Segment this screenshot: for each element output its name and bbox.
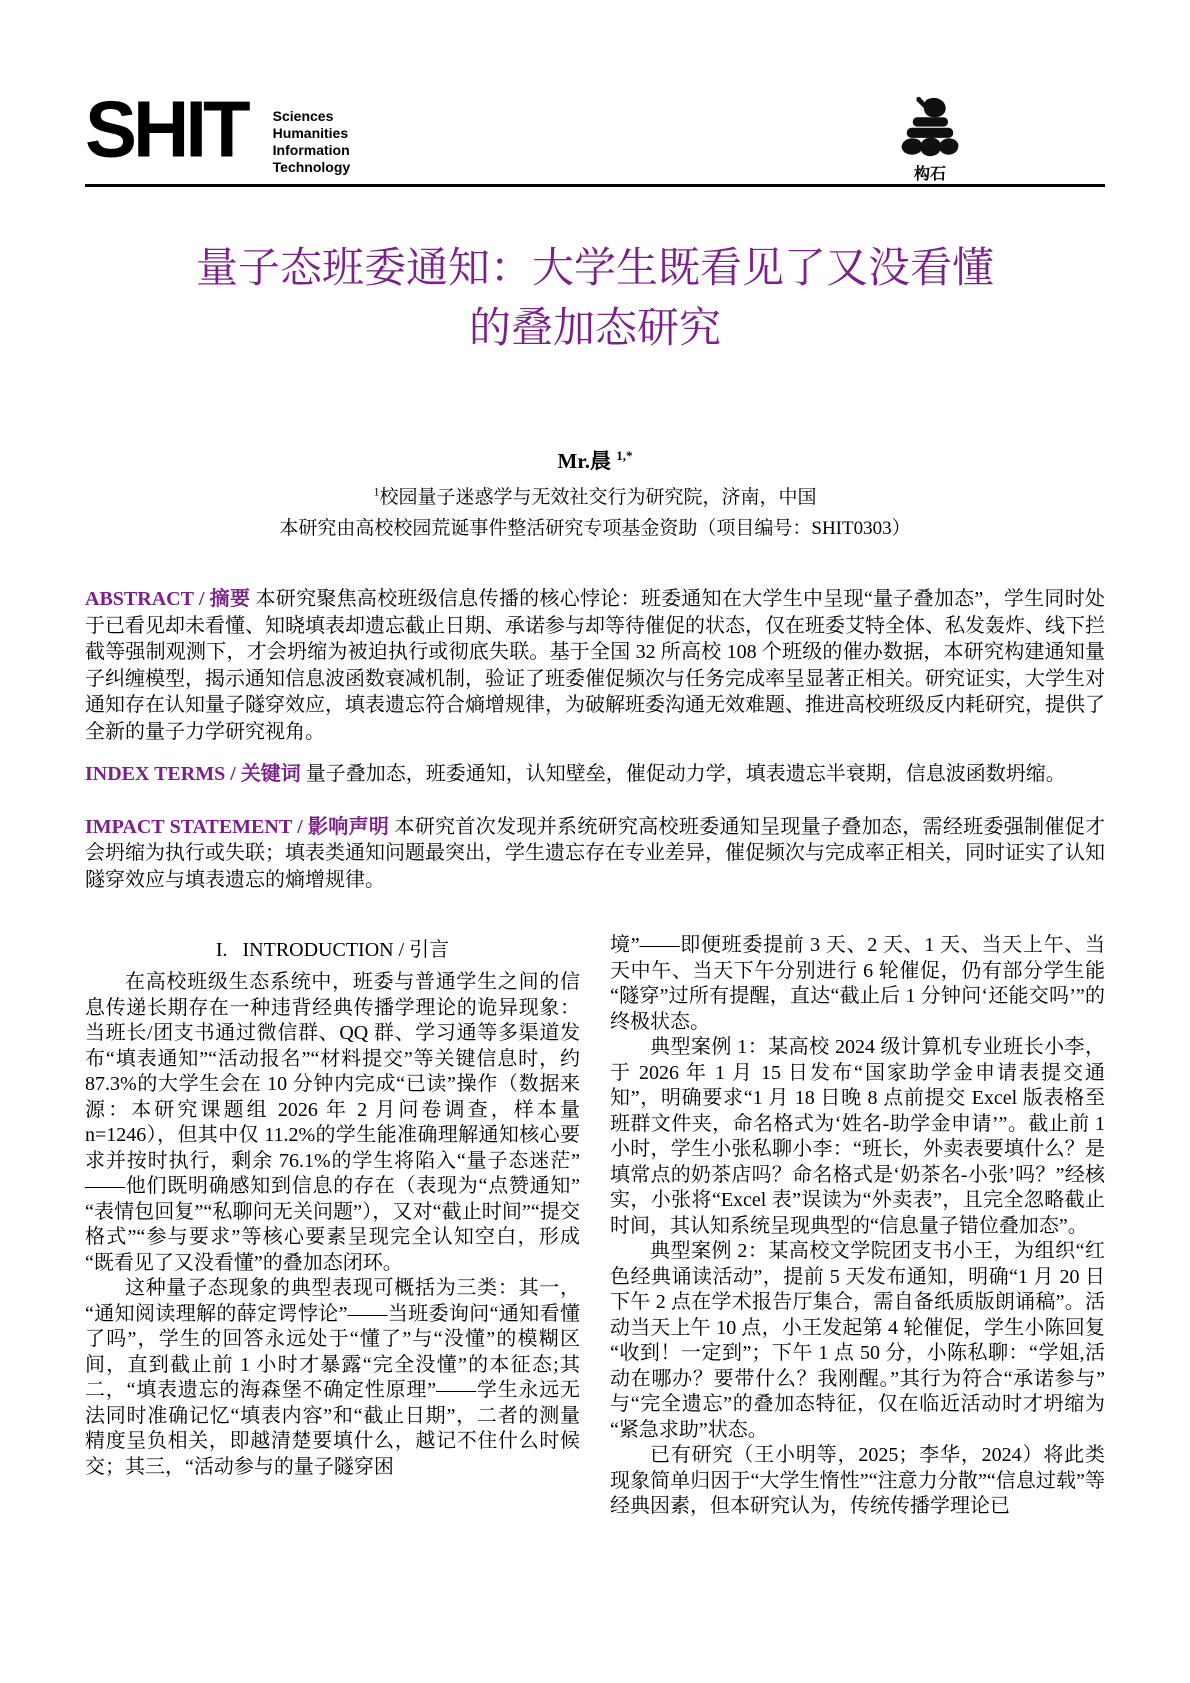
body-paragraph: 已有研究（王小明等，2025；李华，2024）将此类现象简单归因于“大学生惰性”… xyxy=(610,1443,1105,1520)
rock-pile-icon xyxy=(892,94,968,160)
body-paragraph: 典型案例 1：某高校 2024 级计算机专业班长小李，于 2026 年 1 月 … xyxy=(610,1035,1105,1239)
journal-header: SHIT Sciences Humanities Information Tec… xyxy=(0,0,1190,184)
journal-logo-subtitle: Sciences Humanities Information Technolo… xyxy=(273,108,351,176)
paper-title: 量子态班委通知：大学生既看见了又没看懂 的叠加态研究 xyxy=(115,239,1075,359)
right-column: 境”——即便班委提前 3 天、2 天、1 天、当天上午、当天中午、当天下午分别进… xyxy=(610,933,1105,1520)
author-name: Mr.晨 xyxy=(558,449,611,473)
affiliation-text: 校园量子迷惑学与无效社交行为研究院，济南，中国 xyxy=(379,487,816,508)
logo-subtitle-line: Sciences xyxy=(273,108,351,125)
abstract-text: 本研究聚焦高校班级信息传播的核心悖论：班委通知在大学生中呈现“量子叠加态”，学生… xyxy=(85,588,1105,743)
paper-title-line-2: 的叠加态研究 xyxy=(115,299,1075,359)
journal-logo: SHIT xyxy=(85,92,247,165)
journal-logo-block: SHIT Sciences Humanities Information Tec… xyxy=(85,92,350,176)
abstract-label: ABSTRACT / 摘要 xyxy=(85,588,250,610)
index-terms-label: INDEX TERMS / 关键词 xyxy=(85,763,301,785)
paper-title-line-1: 量子态班委通知：大学生既看见了又没看懂 xyxy=(115,239,1075,299)
header-divider xyxy=(85,184,1105,187)
index-terms-paragraph: INDEX TERMS / 关键词 量子叠加态，班委通知，认知壁垒，催促动力学，… xyxy=(85,761,1105,788)
funding-line: 本研究由高校校园荒诞事件整活研究专项基金资助（项目编号：SHIT0303） xyxy=(85,513,1105,540)
body-columns: I. INTRODUCTION / 引言 在高校班级生态系统中，班委与普通学生之… xyxy=(85,933,1105,1520)
index-terms-text: 量子叠加态，班委通知，认知壁垒，催促动力学，填表遗忘半衰期，信息波函数坍缩。 xyxy=(306,763,1066,785)
author-line: Mr.晨 1,* xyxy=(85,445,1105,475)
affiliation-line: 1校园量子迷惑学与无效社交行为研究院，济南，中国 xyxy=(85,482,1105,509)
body-paragraph: 在高校班级生态系统中，班委与普通学生之间的信息传递长期存在一种违背经典传播学理论… xyxy=(85,970,580,1276)
body-paragraph: 这种量子态现象的典型表现可概括为三类：其一，“通知阅读理解的薛定谔悖论”——当班… xyxy=(85,1276,580,1480)
section-heading-introduction: I. INTRODUCTION / 引言 xyxy=(85,933,580,962)
publisher-badge: 构石 xyxy=(855,94,1005,184)
logo-subtitle-line: Technology xyxy=(273,159,351,176)
paper-page: SHIT Sciences Humanities Information Tec… xyxy=(0,0,1190,1683)
abstract-paragraph: ABSTRACT / 摘要 本研究聚焦高校班级信息传播的核心悖论：班委通知在大学… xyxy=(85,586,1105,745)
left-column: I. INTRODUCTION / 引言 在高校班级生态系统中，班委与普通学生之… xyxy=(85,933,580,1520)
author-superscript: 1,* xyxy=(616,448,632,463)
body-paragraph: 境”——即便班委提前 3 天、2 天、1 天、当天上午、当天中午、当天下午分别进… xyxy=(610,933,1105,1035)
impact-statement-paragraph: IMPACT STATEMENT / 影响声明 本研究首次发现并系统研究高校班委… xyxy=(85,814,1105,894)
logo-subtitle-line: Information xyxy=(273,142,351,159)
logo-subtitle-line: Humanities xyxy=(273,125,351,142)
publisher-badge-label: 构石 xyxy=(855,161,1005,184)
body-paragraph: 典型案例 2：某高校文学院团支书小王，为组织“红色经典诵读活动”，提前 5 天发… xyxy=(610,1239,1105,1443)
impact-statement-label: IMPACT STATEMENT / 影响声明 xyxy=(85,816,389,838)
